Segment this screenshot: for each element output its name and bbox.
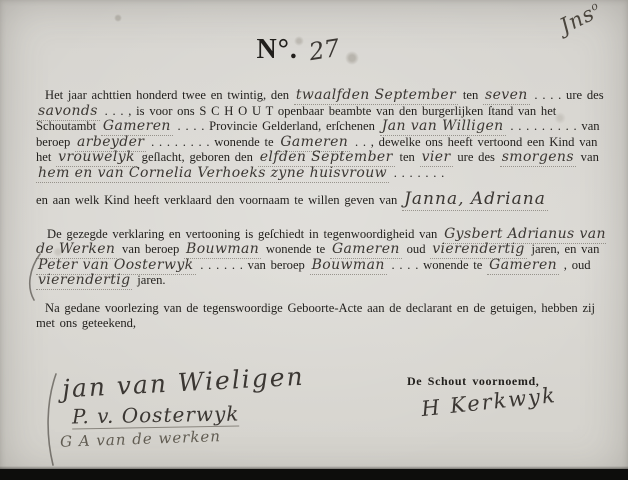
printed-text: jaren. xyxy=(132,273,165,287)
printed-text: , oud xyxy=(559,258,591,272)
handwritten-entry: Gameren xyxy=(487,257,559,275)
act-body: Het jaar achttien honderd twee en twinti… xyxy=(36,88,608,332)
act-number-value: 27 xyxy=(307,34,342,66)
printed-text: Het jaar achttien honderd twee en twinti… xyxy=(45,88,294,102)
printed-text: . . . . . . . xyxy=(389,166,444,180)
printed-text: . . . . Provincie Gelderland, erſchenen xyxy=(173,119,380,133)
printed-text: ten xyxy=(395,150,420,164)
signature-witness-1: P. v. Oosterwyk xyxy=(72,402,240,430)
handwritten-entry: smorgens xyxy=(500,149,576,167)
act-paragraph-closing: Na gedane voorlezing van de tegenswoordi… xyxy=(36,301,608,332)
printed-text: . . . . . . van beroep xyxy=(196,258,310,272)
printed-text: jaren, en van xyxy=(527,242,600,256)
act-paragraph-opening: Het jaar achttien honderd twee en twinti… xyxy=(36,88,608,181)
handwritten-entry: hem en van Cornelia Verhoeks zyne huisvr… xyxy=(36,165,389,183)
printed-text: wonende te xyxy=(261,242,330,256)
ink-flourish xyxy=(24,252,44,302)
printed-text: Na gedane voorlezing van de tegenswoordi… xyxy=(36,301,595,331)
printed-text: . . . . ure des xyxy=(530,88,604,102)
printed-text: van beroep xyxy=(117,242,184,256)
signature-declarant: jan van Wieligen xyxy=(61,362,305,404)
printed-text: ure des xyxy=(453,150,500,164)
act-number-label: N°. xyxy=(257,34,298,65)
printed-text: oud xyxy=(402,242,430,256)
handwritten-entry: savonds xyxy=(36,103,100,121)
handwritten-entry: Jan van Willigen xyxy=(380,118,506,136)
handwritten-entry: vierendertig xyxy=(36,272,132,290)
printed-text: van xyxy=(576,150,599,164)
birth-certificate-scan: Jnso N°. 27 Het jaar achttien honderd tw… xyxy=(0,0,628,480)
handwritten-entry: Janna, Adriana xyxy=(402,189,548,211)
signature-witness-2: G A van de werken xyxy=(60,427,221,451)
handwritten-entry: Bouwman xyxy=(310,257,387,275)
act-paragraph-witnesses: De gezegde verklaring en vertooning is g… xyxy=(36,227,608,289)
handwritten-entry: vier xyxy=(420,149,453,167)
printed-text: en aan welk Kind heeft verklaard den voo… xyxy=(36,193,402,207)
corner-ink-annotation: Jnso xyxy=(556,0,605,38)
printed-text: ten xyxy=(458,88,483,102)
act-number: N°. 27 xyxy=(0,34,628,66)
printed-text: . . . . . . . . wonende te xyxy=(146,135,278,149)
ink-flourish xyxy=(44,372,60,468)
handwritten-entry: seven xyxy=(483,87,530,105)
handwritten-entry: twaalfden September xyxy=(294,87,458,105)
act-paragraph-child-name: en aan welk Kind heeft verklaard den voo… xyxy=(36,192,608,209)
scan-edge-bottom xyxy=(0,469,628,480)
printed-text: geſlacht, geboren den xyxy=(137,150,258,164)
printed-text: . . . . wonende te xyxy=(387,258,487,272)
printed-text: De gezegde verklaring en vertooning is g… xyxy=(47,227,442,241)
